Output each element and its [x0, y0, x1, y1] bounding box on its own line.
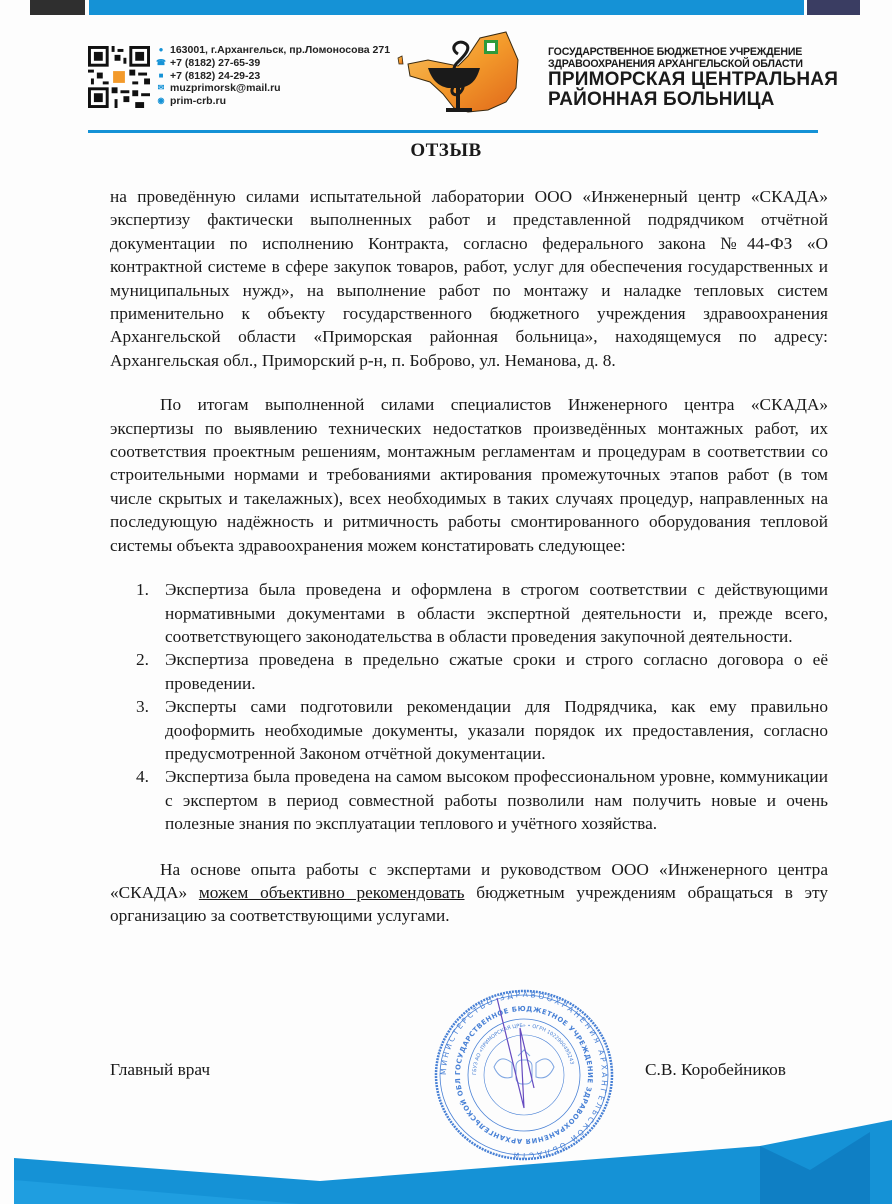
conclusion-paragraph: На основе опыта работы с экспертами и ру…: [110, 858, 828, 928]
top-color-bar: [0, 0, 892, 15]
svg-text:ГБУЗ АО «ПРИМОРСКАЯ ЦРБ» • ОГР: ГБУЗ АО «ПРИМОРСКАЯ ЦРБ» • ОГРН 10229004…: [472, 1023, 575, 1075]
findings-paragraph: По итогам выполненной силами специалисто…: [110, 393, 828, 557]
contact-website[interactable]: ◉ prim-crb.ru: [156, 95, 390, 108]
location-pin-icon: ●: [156, 44, 166, 57]
contact-phone: ☎ +7 (8182) 27-65-39: [156, 57, 390, 70]
list-item: 3. Эксперты сами подготовили рекомендаци…: [136, 695, 828, 765]
letterhead: ● 163001, г.Архангельск, пр.Ломоносова 2…: [88, 40, 822, 130]
contact-list: ● 163001, г.Архангельск, пр.Ломоносова 2…: [156, 44, 390, 108]
qr-code-icon: [88, 46, 150, 108]
document-title: ОТЗЫВ: [0, 140, 892, 162]
signatory-title: Главный врач: [110, 1060, 210, 1080]
list-item: 4. Экспертиза была проведена на самом вы…: [136, 765, 828, 835]
document-body: на проведённую силами испытательной лабо…: [110, 185, 828, 949]
fax-icon: ■: [156, 70, 166, 83]
mail-icon: ✉: [156, 82, 166, 95]
bottom-decorative-band: [0, 1120, 892, 1204]
hospital-logo-icon: [388, 30, 533, 122]
recommendation-emphasis: можем объективно рекомендовать: [199, 883, 465, 902]
organization-name: ГОСУДАРСТВЕННОЕ БЮДЖЕТНОЕ УЧРЕЖДЕНИЕ ЗДР…: [548, 46, 838, 110]
list-item: 2. Экспертиза проведена в предельно сжат…: [136, 648, 828, 695]
top-bar-dark-right: [807, 0, 860, 15]
list-item: 1. Экспертиза была проведена и оформлена…: [136, 578, 828, 648]
contact-fax: ■ +7 (8182) 24-29-23: [156, 70, 390, 83]
contact-address: ● 163001, г.Архангельск, пр.Ломоносова 2…: [156, 44, 390, 57]
web-icon: ◉: [156, 95, 166, 108]
contact-email[interactable]: ✉ muzprimorsk@mail.ru: [156, 82, 390, 95]
signatory-name: С.В. Коробейников: [645, 1060, 786, 1080]
phone-icon: ☎: [156, 57, 166, 70]
findings-list: 1. Экспертиза была проведена и оформлена…: [110, 578, 828, 835]
intro-paragraph: на проведённую силами испытательной лабо…: [110, 185, 828, 372]
top-bar-dark-left: [30, 0, 85, 15]
top-bar-blue: [89, 0, 804, 15]
header-divider: [88, 130, 818, 133]
